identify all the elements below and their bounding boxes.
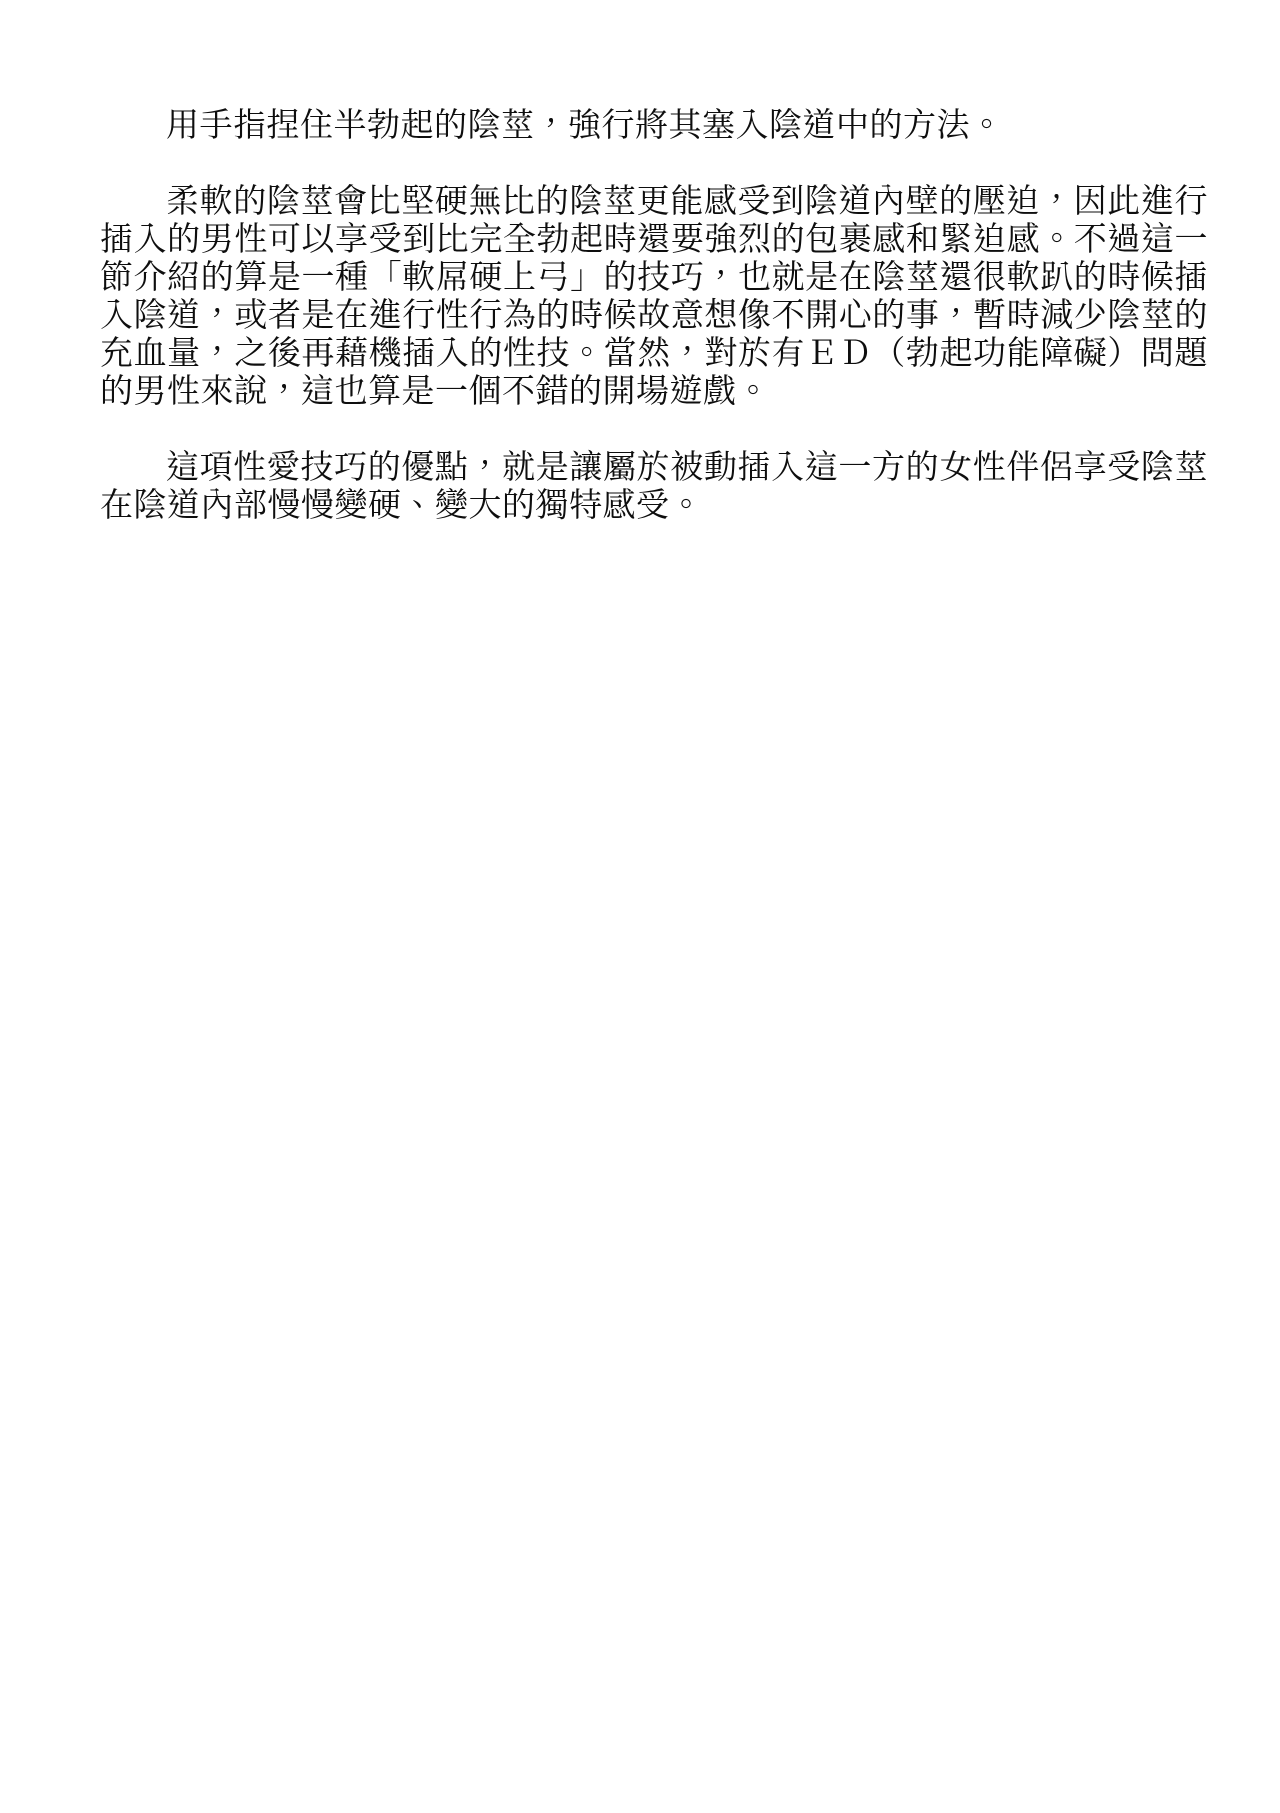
paragraph-2: 柔軟的陰莖會比堅硬無比的陰莖更能感受到陰道內壁的壓迫，因此進行插入的男性可以享受… bbox=[100, 182, 1208, 410]
paragraph-1: 用手指捏住半勃起的陰莖，強行將其塞入陰道中的方法。 bbox=[100, 106, 1208, 144]
document-page: 用手指捏住半勃起的陰莖，強行將其塞入陰道中的方法。 柔軟的陰莖會比堅硬無比的陰莖… bbox=[0, 0, 1280, 1813]
body-text-block: 用手指捏住半勃起的陰莖，強行將其塞入陰道中的方法。 柔軟的陰莖會比堅硬無比的陰莖… bbox=[100, 106, 1208, 524]
paragraph-3: 這項性愛技巧的優點，就是讓屬於被動插入這一方的女性伴侶享受陰莖在陰道內部慢慢變硬… bbox=[100, 448, 1208, 524]
